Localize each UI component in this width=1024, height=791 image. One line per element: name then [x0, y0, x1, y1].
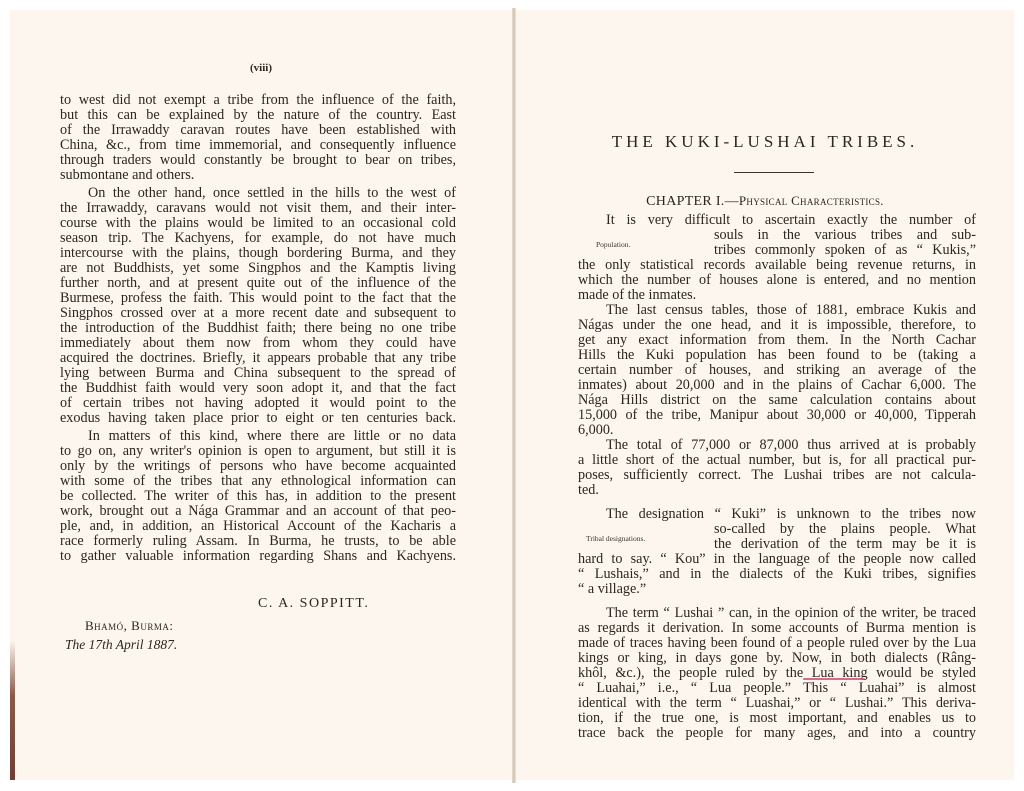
text-line: course with the plains would be limited …: [60, 216, 456, 231]
text-line: the Irrawaddy, caravans would not visit …: [60, 201, 456, 216]
text-line: hard to say. “ Kou” in the language of t…: [578, 552, 976, 567]
text-line: ple, and, in addition, an Historical Acc…: [60, 519, 456, 534]
text-line: but this can be explained by the nature …: [60, 108, 456, 123]
text-line: be collected. The writer of this has, in…: [60, 489, 456, 504]
left-page: (viii) to west did not exempt a tribe fr…: [10, 10, 512, 780]
text-line: work, brought out a Nága Grammar and an …: [60, 504, 456, 519]
text-line: The designation “ Kuki” is unknown to th…: [578, 507, 976, 522]
text-line: further north, and at present quite out …: [60, 276, 456, 291]
text-line: “ Lushais,” and in the dialects of the K…: [578, 567, 976, 582]
text-line: khôl, &c.), the people ruled by the Lua …: [578, 666, 976, 681]
text-line: immediately about them now from whom the…: [60, 336, 456, 351]
text-line: The total of 77,000 or 87,000 thus arriv…: [578, 438, 976, 453]
text-line: a little short of the actual number, but…: [578, 453, 976, 468]
place-line: Bhamó, Burma:: [85, 618, 173, 634]
text-line: exodus having taken place prior to eight…: [60, 411, 456, 426]
text-line: intercourse with the plains, though bord…: [60, 246, 456, 261]
text-line: get any exact information from them. In …: [578, 333, 976, 348]
text-line: tribes commonly spoken of as “ Kukis,”: [714, 243, 976, 258]
sidenote-population: Population.: [596, 240, 630, 249]
text-line: inmates) about 20,000 and in the plains …: [578, 378, 976, 393]
chapter-label: CHAPTER I.—: [646, 194, 739, 209]
date-line: The 17th April 1887.: [65, 637, 177, 653]
author-signature: C. A. SOPPITT.: [258, 596, 369, 612]
text-line: to west did not exempt a tribe from the …: [60, 93, 456, 108]
text-line: lying between Burma and China subsequent…: [60, 366, 456, 381]
text-line: Nága Hills district on the same calculat…: [578, 393, 976, 408]
text-line: to go on, any writer's opinion is open t…: [60, 444, 456, 459]
text-line: “ Luahai,” i.e., “ Lua people.” This “ L…: [578, 681, 976, 696]
text-line: poses, sufficiently correct. The Lushai …: [578, 468, 976, 483]
text-line: The last census tables, those of 1881, e…: [578, 303, 976, 318]
text-line: which the number of houses alone is ente…: [578, 273, 976, 288]
text-line: through traders would constantly be brou…: [60, 153, 456, 168]
text-line: tion, if the true one, is most important…: [578, 711, 976, 726]
text-line: China, &c., from time immemorial, and co…: [60, 138, 456, 153]
text-line: so-called by the plains people. What: [714, 522, 976, 537]
text-line: “ a village.”: [578, 582, 976, 597]
right-page: THE KUKI-LUSHAI TRIBES. CHAPTER I.—Physi…: [516, 10, 1014, 780]
text-line: ted.: [578, 483, 976, 498]
text-line: In matters of this kind, where there are…: [60, 429, 456, 444]
text-line: the Buddhist faith would very soon adopt…: [60, 381, 456, 396]
text-line: Nágas under the one head, and it is impo…: [578, 318, 976, 333]
text-line: submontane and others.: [60, 168, 456, 183]
text-line: kings or king, in days gone by. Now, in …: [578, 651, 976, 666]
pen-underline-annotation: [803, 678, 865, 680]
text-line: The term “ Lushai ” can, in the opinion …: [578, 606, 976, 621]
text-line: the only statistical records available b…: [578, 258, 976, 273]
text-line: acquired the doctrines. Briefly, it appe…: [60, 351, 456, 366]
page-number: (viii): [10, 62, 512, 74]
text-line: certain number of houses, and striking a…: [578, 363, 976, 378]
text-line: made of traces having been found of a pe…: [578, 636, 976, 651]
text-line: of the Irrawaddy caravan routes have bee…: [60, 123, 456, 138]
text-line: Burmese, profess the faith. This would p…: [60, 291, 456, 306]
sidenote-tribal-designations: Tribal designations.: [586, 534, 645, 543]
cover-edge: [10, 640, 15, 780]
text-line: Singphos crossed over at a more recent d…: [60, 306, 456, 321]
text-line: only by the writings of persons who have…: [60, 459, 456, 474]
text-line: are not Buddhists, yet some Singphos and…: [60, 261, 456, 276]
text-line: to gather valuable information regarding…: [60, 549, 456, 564]
book-title: THE KUKI-LUSHAI TRIBES.: [516, 132, 1014, 152]
text-line: It is very difficult to ascertain exactl…: [578, 213, 976, 228]
chapter-heading: CHAPTER I.—Physical Characteristics.: [516, 193, 1014, 210]
text-line: souls in the various tribes and sub-: [714, 228, 976, 243]
text-line: trace back the people for many ages, and…: [578, 726, 976, 741]
text-line: the derivation of the term may be it is: [714, 537, 976, 552]
text-line: Hills the Kuki population has been found…: [578, 348, 976, 363]
text-line: On the other hand, once settled in the h…: [60, 186, 456, 201]
text-line: 15,000 of the tribe, Manipur about 30,00…: [578, 408, 976, 423]
text-line: made of the inmates.: [578, 288, 976, 303]
text-line: of certain tribes not having adopted it …: [60, 396, 456, 411]
text-line: race formerly ruling Assam. In Burma, he…: [60, 534, 456, 549]
text-line: 6,000.: [578, 423, 976, 438]
text-line: with some of the tribes that any ethnolo…: [60, 474, 456, 489]
title-divider: [734, 172, 814, 173]
text-line: as regards it derivation. In some accoun…: [578, 621, 976, 636]
text-line: season trip. The Kachyens, for example, …: [60, 231, 456, 246]
text-line: the introduction of the Buddhist faith; …: [60, 321, 456, 336]
chapter-title: Physical Characteristics.: [739, 193, 884, 208]
text-line: identical with the term “ Luashai,” or “…: [578, 696, 976, 711]
